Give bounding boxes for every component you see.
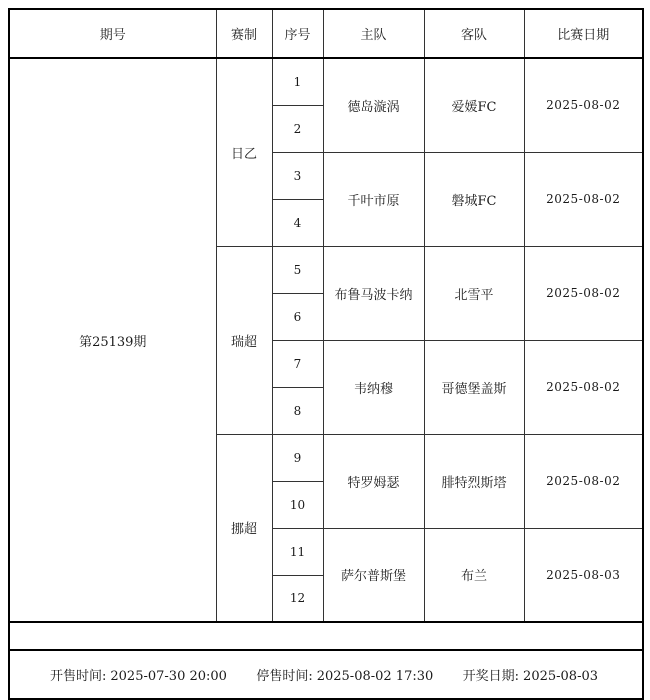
serial-cell: 1 [272, 58, 323, 105]
away-team-cell: 哥德堡盖斯 [424, 340, 524, 434]
sale-stop-time: 停售时间:2025-08-02 17:30 [256, 665, 433, 684]
match-date-cell: 2025-08-02 [524, 246, 643, 340]
home-team-cell: 特罗姆瑟 [323, 434, 424, 528]
footer-cell: 开售时间:2025-07-30 20:00 停售时间:2025-08-02 17… [9, 650, 643, 699]
table-row: 第25139期 日乙 1 德岛漩涡 爱媛FC 2025-08-02 [9, 58, 643, 105]
footer-times: 开售时间:2025-07-30 20:00 停售时间:2025-08-02 17… [10, 665, 642, 684]
away-team-cell: 布兰 [424, 528, 524, 622]
serial-cell: 4 [272, 199, 323, 246]
away-team-cell: 北雪平 [424, 246, 524, 340]
draw-date-value: 2025-08-03 [523, 669, 598, 684]
home-team-cell: 德岛漩涡 [323, 58, 424, 152]
serial-cell: 2 [272, 105, 323, 152]
match-date-cell: 2025-08-02 [524, 58, 643, 152]
draw-date: 开奖日期:2025-08-03 [463, 665, 598, 684]
match-date-cell: 2025-08-03 [524, 528, 643, 622]
serial-cell: 9 [272, 434, 323, 481]
serial-cell: 7 [272, 340, 323, 387]
league-cell-eliteserien: 挪超 [216, 434, 272, 622]
header-away-team: 客队 [424, 9, 524, 58]
header-match-date: 比赛日期 [524, 9, 643, 58]
match-schedule-table: 期号 赛制 序号 主队 客队 比赛日期 第25139期 日乙 1 德岛漩涡 爱媛… [8, 8, 644, 700]
header-league: 赛制 [216, 9, 272, 58]
home-team-cell: 布鲁马波卡纳 [323, 246, 424, 340]
league-cell-allsvenskan: 瑞超 [216, 246, 272, 434]
sale-start-time: 开售时间:2025-07-30 20:00 [50, 665, 227, 684]
serial-cell: 10 [272, 481, 323, 528]
footer-row: 开售时间:2025-07-30 20:00 停售时间:2025-08-02 17… [9, 650, 643, 699]
serial-cell: 6 [272, 293, 323, 340]
header-serial: 序号 [272, 9, 323, 58]
period-cell: 第25139期 [9, 58, 216, 622]
match-date-cell: 2025-08-02 [524, 152, 643, 246]
serial-cell: 3 [272, 152, 323, 199]
serial-cell: 8 [272, 387, 323, 434]
lottery-schedule-sheet: 期号 赛制 序号 主队 客队 比赛日期 第25139期 日乙 1 德岛漩涡 爱媛… [8, 8, 642, 695]
draw-date-label: 开奖日期: [463, 669, 519, 684]
match-date-cell: 2025-08-02 [524, 434, 643, 528]
match-date-cell: 2025-08-02 [524, 340, 643, 434]
spacer-cell [9, 622, 643, 650]
header-row: 期号 赛制 序号 主队 客队 比赛日期 [9, 9, 643, 58]
away-team-cell: 爱媛FC [424, 58, 524, 152]
sale-start-label: 开售时间: [50, 669, 106, 684]
sale-stop-value: 2025-08-02 17:30 [317, 669, 434, 684]
spacer-row [9, 622, 643, 650]
header-home-team: 主队 [323, 9, 424, 58]
serial-cell: 12 [272, 575, 323, 622]
home-team-cell: 萨尔普斯堡 [323, 528, 424, 622]
serial-cell: 11 [272, 528, 323, 575]
sale-start-value: 2025-07-30 20:00 [110, 669, 227, 684]
home-team-cell: 千叶市原 [323, 152, 424, 246]
serial-cell: 5 [272, 246, 323, 293]
away-team-cell: 腓特烈斯塔 [424, 434, 524, 528]
league-cell-j2: 日乙 [216, 58, 272, 246]
away-team-cell: 磐城FC [424, 152, 524, 246]
home-team-cell: 韦纳穆 [323, 340, 424, 434]
header-period: 期号 [9, 9, 216, 58]
sale-stop-label: 停售时间: [256, 669, 312, 684]
